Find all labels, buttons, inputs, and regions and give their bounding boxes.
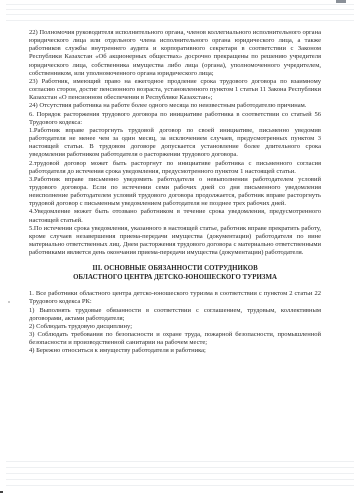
- bleed-through-line: [6, 9, 354, 10]
- paragraph-item-24: 24) Отсутствия работника на работе более…: [29, 102, 321, 110]
- section-title: III. ОСНОВНЫЕ ОБЯЗАННОСТИ СОТРУДНИКОВ ОБ…: [29, 265, 321, 282]
- paragraph-duty-3: 3) Соблюдать требования по безопасности …: [29, 331, 321, 347]
- section-title-line-2: ОБЛАСТНОГО ЦЕНТРА ДЕТСКО-ЮНОШЕСКОГО ТУРИ…: [29, 274, 321, 282]
- bleed-through-line: [6, 479, 354, 480]
- paragraph-duty-1: 1) Выполнять трудовые обязанности в соот…: [29, 307, 321, 323]
- paragraph-clause-6-heading: 6. Порядок расторжения трудового договор…: [29, 111, 321, 127]
- paragraph-duties-intro: 1. Все работники областного центра детск…: [29, 290, 321, 306]
- paragraph-clause-6-4: 4.Уведомление может быть отозвано работн…: [29, 208, 321, 224]
- paragraph-duty-4: 4) Бережно относиться к имуществу работо…: [29, 347, 321, 355]
- document-page: 22) Полномочия руководителя исполнительн…: [29, 29, 321, 355]
- bleed-through-line: [6, 20, 354, 21]
- scan-speck: [8, 301, 10, 303]
- bleed-through-line: [6, 461, 354, 462]
- paragraph-clause-6-5: 5.По истечении срока уведомления, указан…: [29, 225, 321, 258]
- bleed-through-line: [6, 4, 354, 5]
- paragraph-item-22: 22) Полномочия руководителя исполнительн…: [29, 29, 321, 78]
- scan-corner-mark: [336, 0, 346, 3]
- bleed-through-line: [6, 485, 354, 486]
- section-title-line-1: III. ОСНОВНЫЕ ОБЯЗАННОСТИ СОТРУДНИКОВ: [29, 265, 321, 273]
- paragraph-item-23: 23) Работник, имеющий право на ежегодное…: [29, 78, 321, 102]
- paragraph-clause-6-3: 3.Работник вправе письменно уведомить ра…: [29, 176, 321, 209]
- paragraph-clause-6-1: 1.Работник вправе расторгнуть трудовой д…: [29, 127, 321, 160]
- paragraph-clause-6-2: 2.трудовой договор может быть расторгнут…: [29, 160, 321, 176]
- paragraph-duty-2: 2) Соблюдать трудовую дисциплину;: [29, 323, 321, 331]
- bleed-through-line: [6, 14, 354, 15]
- bleed-through-line: [6, 473, 354, 474]
- scan-edge-mark: [0, 491, 3, 493]
- bleed-through-line: [6, 467, 354, 468]
